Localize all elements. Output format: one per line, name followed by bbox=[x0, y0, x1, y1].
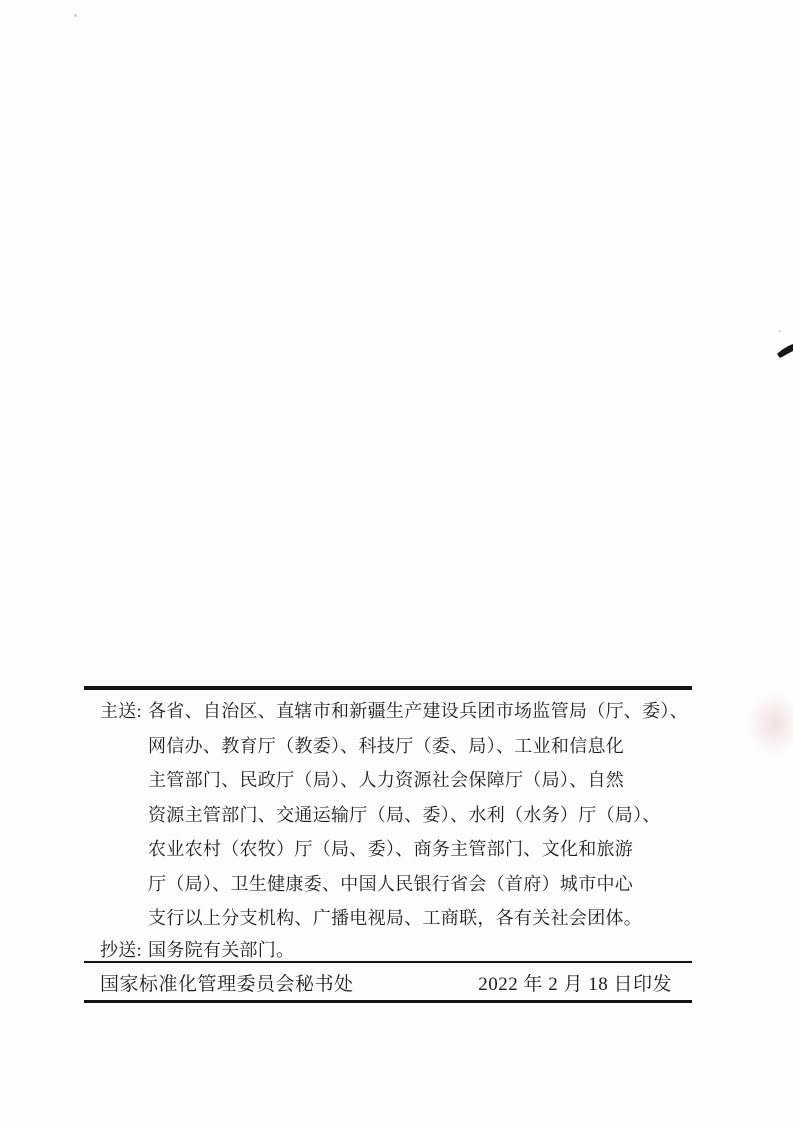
main-recipients-line: 支行以上分支机构、广播电视局、工商联，各有关社会团体。 bbox=[148, 901, 700, 936]
divider-bottom bbox=[84, 1000, 692, 1003]
scan-smudge bbox=[747, 692, 793, 756]
copy-recipients-text: 国务院有关部门。 bbox=[148, 937, 294, 963]
main-recipients-line: 各省、自治区、直辖市和新疆生产建设兵团市场监管局（厅、委）、 bbox=[148, 694, 700, 729]
copy-recipients-row: 抄送: 国务院有关部门。 bbox=[100, 937, 700, 963]
issuer-name: 国家标准化管理委员会秘书处 bbox=[100, 969, 354, 996]
main-recipients-line: 资源主管部门、交通运输厅（局、委）、水利（水务）厅（局）、 bbox=[148, 798, 700, 833]
main-recipients-row: 主送: 各省、自治区、直辖市和新疆生产建设兵团市场监管局（厅、委）、 网信办、教… bbox=[100, 694, 700, 936]
divider-middle bbox=[84, 961, 692, 963]
ink-mark-icon bbox=[775, 340, 793, 364]
main-recipients-label: 主送: bbox=[100, 694, 148, 729]
main-recipients-line: 网信办、教育厅（教委）、科技厅（委、局）、工业和信息化 bbox=[148, 729, 700, 764]
print-date: 2022 年 2 月 18 日印发 bbox=[478, 969, 692, 996]
main-recipients-line: 厅（局）、卫生健康委、中国人民银行省会（首府）城市中心 bbox=[148, 867, 700, 902]
main-recipients-list: 各省、自治区、直辖市和新疆生产建设兵团市场监管局（厅、委）、 网信办、教育厅（教… bbox=[148, 694, 700, 936]
issuing-footer: 国家标准化管理委员会秘书处 2022 年 2 月 18 日印发 bbox=[100, 966, 692, 998]
scanned-document-page: 主送: 各省、自治区、直辖市和新疆生产建设兵团市场监管局（厅、委）、 网信办、教… bbox=[0, 0, 793, 1121]
scan-speck bbox=[778, 330, 781, 332]
distribution-block: 主送: 各省、自治区、直辖市和新疆生产建设兵团市场监管局（厅、委）、 网信办、教… bbox=[100, 694, 700, 963]
scan-speck bbox=[74, 14, 77, 17]
copy-recipients-label: 抄送: bbox=[100, 937, 148, 963]
main-recipients-line: 农业农村（农牧）厅（局、委）、商务主管部门、文化和旅游 bbox=[148, 832, 700, 867]
main-recipients-line: 主管部门、民政厅（局）、人力资源社会保障厅（局）、自然 bbox=[148, 763, 700, 798]
divider-top bbox=[84, 686, 692, 690]
